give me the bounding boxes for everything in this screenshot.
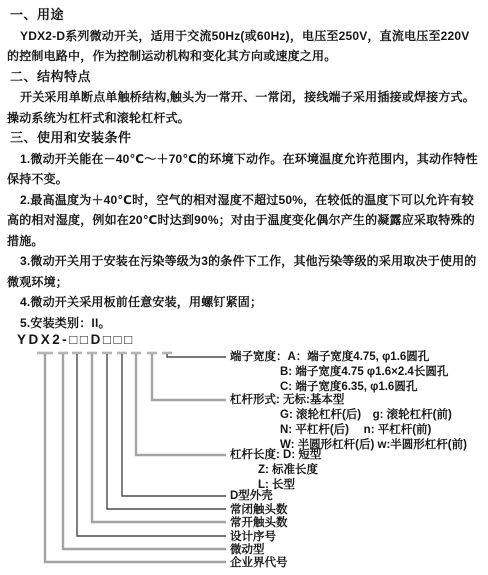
leader-line-terminal-width <box>167 354 226 357</box>
diagram-label-lever-length: 杠杆长度: D: 短型Z: 标准长度L: 长型 <box>230 448 321 493</box>
document-body: 一、用途YDX2-D系列微动开关，适用于交流50Hz(或60Hz)，电压至250… <box>0 0 488 334</box>
leader-line-micro-type <box>63 354 226 549</box>
leader-line-lever-form <box>152 354 226 400</box>
diagram-label-text: 企业界代号 <box>230 556 288 571</box>
diagram-label-enterprise-code: 企业界代号 <box>230 556 288 571</box>
leader-line-nc-contact-count <box>107 354 226 509</box>
model-code-diagram: YDX2-□□D□□□ 端子宽度：A：端子宽度4.75, φ1.6圆孔B: 端子… <box>0 337 488 575</box>
paragraph: 5.安装类别：II。 <box>7 313 481 334</box>
section-heading: 一、用途 <box>7 5 481 26</box>
section-heading: 三、使用和安装条件 <box>7 128 481 149</box>
diagram-label-text: 杠杆形式: 无标:基本型 <box>230 393 467 408</box>
paragraph: 1.微动开关能在－40℃～＋70℃的环境下动作。在环境温度允许范围内，其动作特性… <box>7 149 481 190</box>
leader-line-lever-length <box>136 354 226 455</box>
paragraph: YDX2-D系列微动开关，适用于交流50Hz(或60Hz)，电压至250V，直流… <box>7 26 481 67</box>
diagram-label-text: B: 端子宽度4.75 φ1.6×2.4长圆孔 <box>230 365 448 380</box>
diagram-label-lever-form: 杠杆形式: 无标:基本型G: 滚轮杠杆(后) g: 滚轮杠杆(前)N: 平杠杆(… <box>230 393 467 453</box>
leader-line-no-contact-count <box>92 354 226 522</box>
paragraph: 4.微动开关采用板前任意安装，用螺钉紧固； <box>7 292 481 313</box>
datasheet-page: { "page": { "background": "#ffffff", "te… <box>0 0 488 575</box>
diagram-label-text: G: 滚轮杠杆(后) g: 滚轮杠杆(前) <box>230 408 467 423</box>
paragraph: 3.微动开关用于安装在污染等级为3的条件下工作，其他污染等级的采用取决于使用的微… <box>7 251 481 292</box>
diagram-label-text: N: 平杠杆(后) n: 平杠杆(前) <box>230 423 467 438</box>
leader-line-d-type-shell <box>122 354 226 496</box>
diagram-label-text: 杠杆长度: D: 短型 <box>230 448 321 463</box>
diagram-label-text: Z: 标准长度 <box>230 463 321 478</box>
section-heading: 二、结构特点 <box>7 67 481 88</box>
paragraph: 开关采用单断点单触桥结构,触头为一常开、一常闭，接线端子采用插接或焊接方式。操动… <box>7 87 481 128</box>
diagram-label-terminal-width: 端子宽度：A：端子宽度4.75, φ1.6圆孔B: 端子宽度4.75 φ1.6×… <box>230 350 448 395</box>
paragraph: 2.最高温度为＋40℃时，空气的相对湿度不超过50%，在较低的温度下可以允许有较… <box>7 190 481 252</box>
diagram-label-text: 端子宽度：A：端子宽度4.75, φ1.6圆孔 <box>230 350 448 365</box>
